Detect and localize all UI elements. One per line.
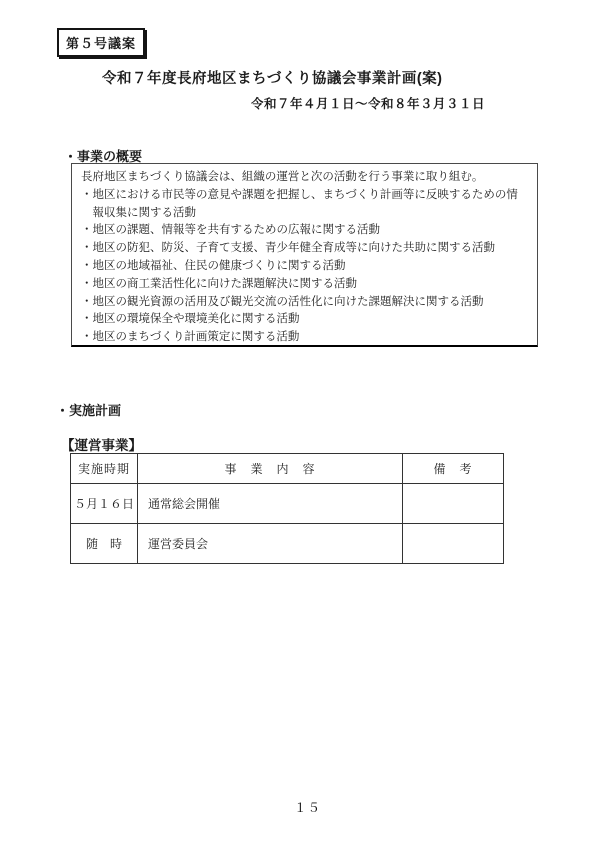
- table-row: ５月１６日 通常総会開催: [71, 484, 504, 524]
- cell-period: ５月１６日: [71, 484, 138, 524]
- col-header-note: 備 考: [403, 454, 504, 484]
- cell-content: 通常総会開催: [138, 484, 403, 524]
- cell-content: 運営委員会: [138, 524, 403, 564]
- col-header-content: 事 業 内 容: [138, 454, 403, 484]
- document-period: 令和７年４月１日～令和８年３月３１日: [251, 94, 485, 112]
- overview-item: 地区の環境保全や環境美化に関する活動: [81, 311, 528, 329]
- proposal-number-label: 第５号議案: [66, 36, 136, 51]
- document-title: 令和７年度長府地区まちづくり協議会事業計画(案): [102, 67, 443, 88]
- proposal-number-badge: 第５号議案: [57, 28, 145, 57]
- table-row: 随 時 運営委員会: [71, 524, 504, 564]
- cell-note: [403, 484, 504, 524]
- col-header-period: 実施時期: [71, 454, 138, 484]
- overview-item: 地区のまちづくり計画策定に関する活動: [81, 329, 528, 347]
- overview-item: 地区における市民等の意見や課題を把握し、まちづくり計画等に反映するための情報収集…: [81, 187, 528, 223]
- overview-item: 地区の商工業活性化に向けた課題解決に関する活動: [81, 276, 528, 294]
- document-page: 第５号議案 令和７年度長府地区まちづくり協議会事業計画(案) 令和７年４月１日～…: [0, 0, 595, 842]
- management-projects-label: 【運営事業】: [61, 434, 142, 454]
- page-number: １５: [294, 798, 321, 816]
- overview-intro: 長府地区まちづくり協議会は、組織の運営と次の活動を行う事業に取り組む。: [81, 169, 528, 187]
- overview-list: 地区における市民等の意見や課題を把握し、まちづくり計画等に反映するための情報収集…: [81, 187, 528, 347]
- schedule-table: 実施時期 事 業 内 容 備 考 ５月１６日 通常総会開催 随 時 運営委員会: [70, 453, 504, 564]
- overview-item: 地区の地域福祉、住民の健康づくりに関する活動: [81, 258, 528, 276]
- cell-note: [403, 524, 504, 564]
- cell-period: 随 時: [71, 524, 138, 564]
- implementation-section-heading: ・実施計画: [56, 400, 121, 419]
- overview-item: 地区の課題、情報等を共有するための広報に関する活動: [81, 222, 528, 240]
- overview-item: 地区の観光資源の活用及び観光交流の活性化に向けた課題解決に関する活動: [81, 294, 528, 312]
- table-header-row: 実施時期 事 業 内 容 備 考: [71, 454, 504, 484]
- overview-item: 地区の防犯、防災、子育て支援、青少年健全育成等に向けた共助に関する活動: [81, 240, 528, 258]
- overview-box: 長府地区まちづくり協議会は、組織の運営と次の活動を行う事業に取り組む。 地区にお…: [71, 163, 538, 347]
